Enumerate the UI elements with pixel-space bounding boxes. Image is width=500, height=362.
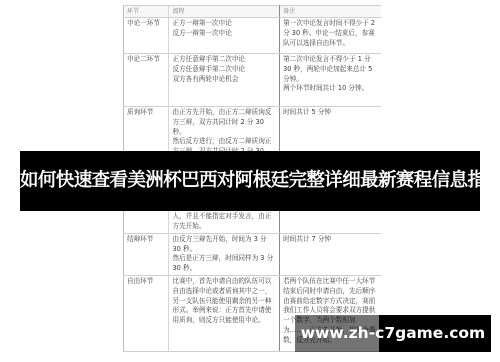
stage-cell: 申论二环节 bbox=[124, 54, 169, 107]
process-cell: 正方一辩第一次申论 反方一辩第一次申论 bbox=[169, 18, 280, 54]
title-banner: 如何快速查看美洲杯巴西对阿根廷完整详细最新赛程信息指南 bbox=[20, 151, 480, 211]
notes-cell: 第二次申论发言不得少于 1 分 30 秒，两轮申论加起来总计 5 分钟。 两个环… bbox=[280, 54, 381, 107]
stage-cell: 申论一环节 bbox=[124, 18, 169, 54]
table-row: 结辩环节 由反方三辩先开始，时间为 3 分 30 秒。 然后是正方三辩，时间同样… bbox=[124, 233, 382, 275]
notes-cell: 时间共计 7 分钟 bbox=[280, 233, 381, 275]
table-row: 申论一环节 正方一辩第一次申论 反方一辩第一次申论 第一次申论发言时间不得少于 … bbox=[124, 18, 382, 54]
watermark-text: www.zh-c7game.com bbox=[295, 315, 491, 352]
notes-cell: 第一次申论发言时间不得少于 2 分 30 秒。申论一结束后，参赛队可以选择自由环… bbox=[280, 18, 381, 54]
header-notes: 备注 bbox=[280, 6, 381, 18]
stage-cell: 自由环节 bbox=[124, 275, 169, 351]
header-stage: 环节 bbox=[124, 6, 169, 18]
stage-cell: 结辩环节 bbox=[124, 233, 169, 275]
table-header-row: 环节 流程 备注 bbox=[124, 6, 382, 18]
page-title: 如何快速查看美洲杯巴西对阿根廷完整详细最新赛程信息指南 bbox=[20, 151, 480, 211]
table-row: 申论二环节 正方任意辩手第二次申论 反方任意辩手第二次申论 双方各有两轮申论机会… bbox=[124, 54, 382, 107]
process-cell: 比赛中，首先申请自由的队伍可以自由选择申论或者质询其中之一，另一支队伍只能使用剩… bbox=[169, 275, 280, 351]
process-cell: 由反方三辩先开始，时间为 3 分 30 秒。 然后是正方三辩，时间同样为 3 分… bbox=[169, 233, 280, 275]
header-process: 流程 bbox=[169, 6, 280, 18]
process-cell: 正方任意辩手第二次申论 反方任意辩手第二次申论 双方各有两轮申论机会 bbox=[169, 54, 280, 107]
